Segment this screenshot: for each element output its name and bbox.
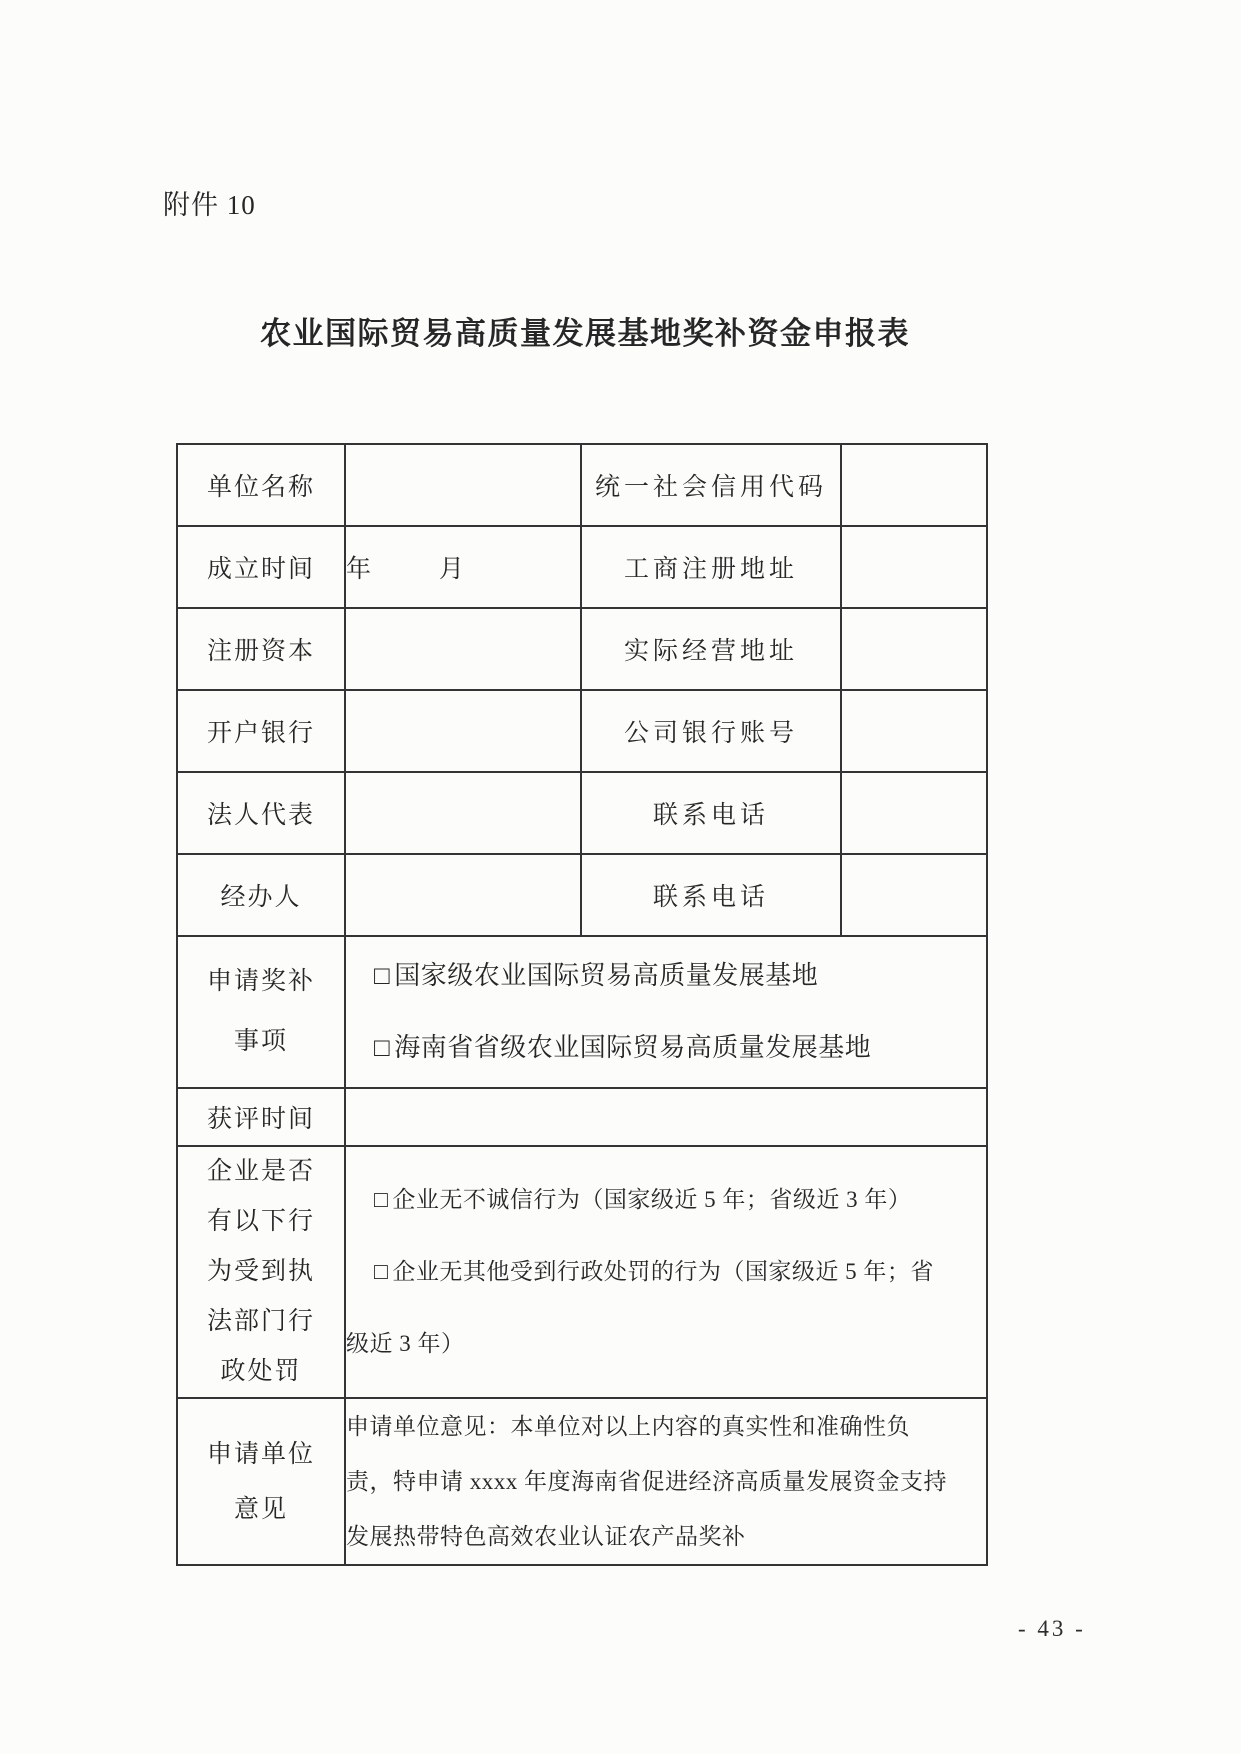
page-number: - 43 - <box>1018 1616 1086 1642</box>
field-label-registered-capital: 注册资本 <box>177 608 345 690</box>
row-legal-representative: 法人代表 联系电话 <box>177 772 987 854</box>
field-label-applicant-opinion: 申请单位 意见 <box>177 1398 345 1565</box>
row-compliance: 企业是否 有以下行 为受到执 法部门行 政处罚 □企业无不诚信行为（国家级近 5… <box>177 1146 987 1398</box>
option-provincial-base: □海南省省级农业国际贸易高质量发展基地 <box>346 1012 986 1084</box>
option-label: 企业无其他受到行政处罚的行为（国家级近 5 年；省 级近 3 年） <box>346 1259 934 1356</box>
attachment-label: 附件 10 <box>163 183 256 222</box>
option-no-penalty: □企业无其他受到行政处罚的行为（国家级近 5 年；省 级近 3 年） <box>346 1236 986 1380</box>
row-founding-date: 成立时间 年 月 工商注册地址 <box>177 526 987 608</box>
application-form-table: 单位名称 统一社会信用代码 成立时间 年 月 工商注册地址 注册资本 实际经营地… <box>176 443 988 1566</box>
field-label-compliance: 企业是否 有以下行 为受到执 法部门行 政处罚 <box>177 1146 345 1398</box>
field-value-credit-code <box>841 444 987 526</box>
option-label: 海南省省级农业国际贸易高质量发展基地 <box>394 1033 871 1062</box>
document-page: 附件 10 农业国际贸易高质量发展基地奖补资金申报表 单位名称 统一社会信用代码… <box>0 0 1241 1754</box>
field-label-unit-name: 单位名称 <box>177 444 345 526</box>
field-value-registered-capital <box>345 608 581 690</box>
field-label-phone-2: 联系电话 <box>581 854 841 936</box>
row-award-time: 获评时间 <box>177 1088 987 1146</box>
field-label-bank-account: 公司银行账号 <box>581 690 841 772</box>
row-bank: 开户银行 公司银行账号 <box>177 690 987 772</box>
field-label-founding-date: 成立时间 <box>177 526 345 608</box>
applicant-opinion-cell: 申请单位意见：本单位对以上内容的真实性和准确性负 责，特申请 xxxx 年度海南… <box>345 1398 987 1565</box>
applicant-opinion-text: 申请单位意见：本单位对以上内容的真实性和准确性负 责，特申请 xxxx 年度海南… <box>346 1399 986 1564</box>
field-label-handler: 经办人 <box>177 854 345 936</box>
field-label-registered-address: 工商注册地址 <box>581 526 841 608</box>
field-value-handler <box>345 854 581 936</box>
checkbox-icon: □ <box>374 961 390 990</box>
field-value-legal-representative <box>345 772 581 854</box>
field-value-bank-account <box>841 690 987 772</box>
field-label-bank: 开户银行 <box>177 690 345 772</box>
option-label: 国家级农业国际贸易高质量发展基地 <box>394 961 818 990</box>
compliance-options: □企业无不诚信行为（国家级近 5 年；省级近 3 年） □企业无其他受到行政处罚… <box>345 1146 987 1398</box>
row-unit-name: 单位名称 统一社会信用代码 <box>177 444 987 526</box>
row-award-items: 申请奖补 事项 □国家级农业国际贸易高质量发展基地 □海南省省级农业国际贸易高质… <box>177 936 987 1088</box>
field-value-founding-date: 年 月 <box>345 526 581 608</box>
row-handler: 经办人 联系电话 <box>177 854 987 936</box>
field-label-award-time: 获评时间 <box>177 1088 345 1146</box>
page-title: 农业国际贸易高质量发展基地奖补资金申报表 <box>0 308 1170 353</box>
field-value-phone-2 <box>841 854 987 936</box>
field-label-credit-code: 统一社会信用代码 <box>581 444 841 526</box>
option-label: 企业无不诚信行为（国家级近 5 年；省级近 3 年） <box>392 1187 911 1212</box>
field-value-bank <box>345 690 581 772</box>
row-registered-capital: 注册资本 实际经营地址 <box>177 608 987 690</box>
row-applicant-opinion: 申请单位 意见 申请单位意见：本单位对以上内容的真实性和准确性负 责，特申请 x… <box>177 1398 987 1565</box>
checkbox-icon: □ <box>374 1033 390 1062</box>
field-value-registered-address <box>841 526 987 608</box>
field-value-unit-name <box>345 444 581 526</box>
option-national-base: □国家级农业国际贸易高质量发展基地 <box>346 940 986 1012</box>
field-label-award-items: 申请奖补 事项 <box>177 936 345 1088</box>
field-label-phone-1: 联系电话 <box>581 772 841 854</box>
checkbox-icon: □ <box>374 1187 388 1212</box>
option-no-dishonesty: □企业无不诚信行为（国家级近 5 年；省级近 3 年） <box>346 1164 986 1236</box>
field-label-legal-representative: 法人代表 <box>177 772 345 854</box>
field-value-operating-address <box>841 608 987 690</box>
checkbox-icon: □ <box>374 1259 388 1284</box>
field-value-award-time <box>345 1088 987 1146</box>
field-label-operating-address: 实际经营地址 <box>581 608 841 690</box>
award-items-options: □国家级农业国际贸易高质量发展基地 □海南省省级农业国际贸易高质量发展基地 <box>345 936 987 1088</box>
field-value-phone-1 <box>841 772 987 854</box>
